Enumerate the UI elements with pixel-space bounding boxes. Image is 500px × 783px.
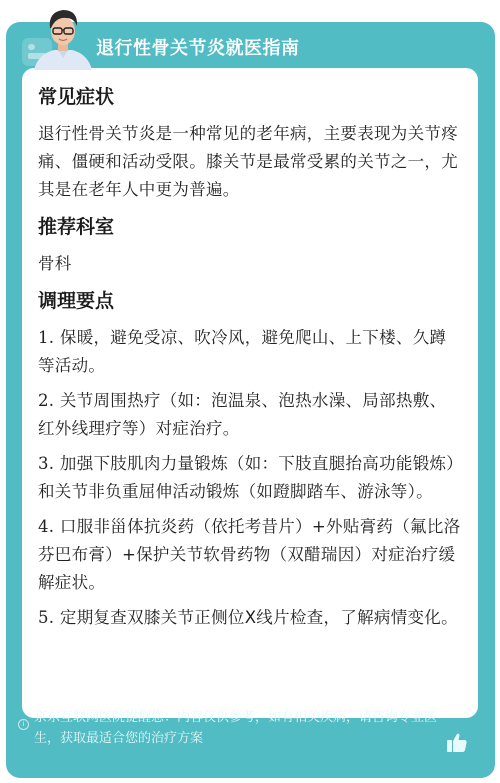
department-section: 推荐科室 骨科 [38, 214, 462, 278]
page-title: 退行性骨关节炎就医指南 [96, 34, 300, 60]
department-title: 推荐科室 [38, 214, 462, 240]
info-icon: i [18, 719, 29, 730]
care-section: 调理要点 1. 保暖，避免受凉、吹冷风，避免爬山、上下楼、久蹲等活动。 2. 关… [38, 288, 462, 632]
department-text: 骨科 [38, 250, 462, 278]
doctor-avatar [30, 4, 96, 70]
care-item-1: 1. 保暖，避免受凉、吹冷风，避免爬山、上下楼、久蹲等活动。 [38, 324, 462, 380]
disclaimer-text: 京东互联网医院提醒您：内容仅供参考，如有相关疾病，请咨询专业医生，获取最适合您的… [34, 707, 454, 749]
thumbs-up-icon[interactable] [446, 731, 468, 753]
care-item-4: 4. 口服非甾体抗炎药（依托考昔片）+外贴膏药（氟比洛芬巴布膏）+保护关节软骨药… [38, 513, 462, 597]
care-item-5: 5. 定期复查双膝关节正侧位X线片检查，了解病情变化。 [38, 604, 462, 632]
symptoms-text: 退行性骨关节炎是一种常见的老年病，主要表现为关节疼痛、僵硬和活动受限。膝关节是最… [38, 120, 462, 204]
care-item-2: 2. 关节周围热疗（如：泡温泉、泡热水澡、局部热敷、红外线理疗等）对症治疗。 [38, 387, 462, 443]
guide-content: 常见症状 退行性骨关节炎是一种常见的老年病，主要表现为关节疼痛、僵硬和活动受限。… [22, 68, 478, 718]
care-item-3: 3. 加强下肢肌肉力量锻炼（如：下肢直腿抬高功能锻炼）和关节非负重屈伸活动锻炼（… [38, 450, 462, 506]
care-title: 调理要点 [38, 288, 462, 314]
symptoms-title: 常见症状 [38, 84, 462, 110]
symptoms-section: 常见症状 退行性骨关节炎是一种常见的老年病，主要表现为关节疼痛、僵硬和活动受限。… [38, 84, 462, 204]
